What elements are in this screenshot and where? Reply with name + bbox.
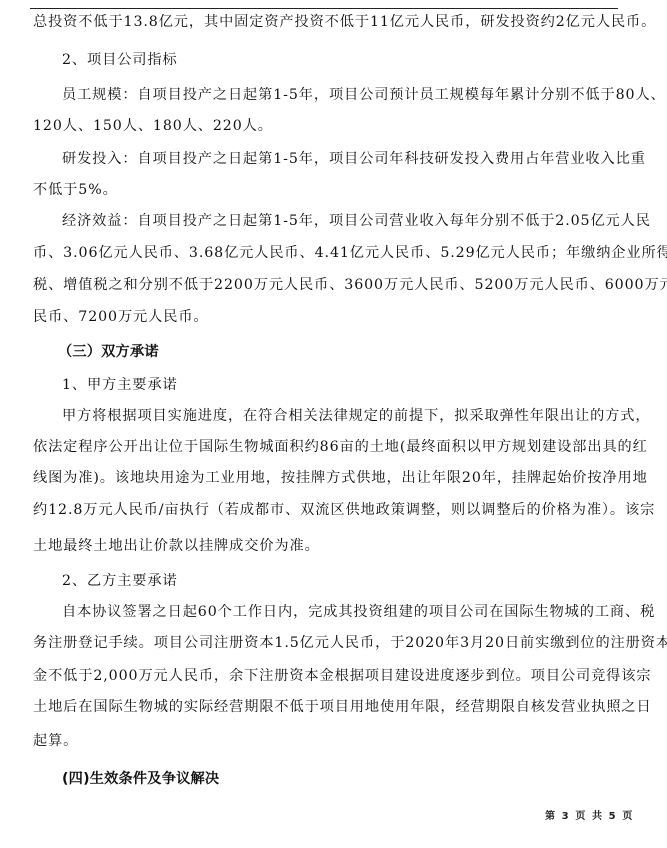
paragraph-rd-investment-line-1: 研发投入：自项目投产之日起第1-5年，项目公司年科技研发投入费用占年营业收入比重 [62,150,619,168]
paragraph-party-a-line-4: 约12.8万元人民币/亩执行（若成都市、双流区供地政策调整，则以调整后的价格为准… [33,501,619,519]
paragraph-investment-total-line-1: 总投资不低于13.8亿元，其中固定资产投资不低于11亿元人民币，研发投资约2亿元… [33,13,619,31]
paragraph-party-b-line-4: 土地后在国际生物城的实际经营期限不低于项目用地使用年限，经营期限自核发营业执照之… [33,698,619,716]
section-heading-effectiveness-and-disputes: (四)生效条件及争议解决 [62,770,219,788]
paragraph-party-b-line-5: 起算。 [33,732,619,750]
section-heading-mutual-commitments: （三）双方承诺 [58,343,159,361]
paragraph-economic-benefit-line-4: 民币、7200万元人民币。 [33,308,619,326]
paragraph-employee-scale-line-1: 员工规模：自项目投产之日起第1-5年，项目公司预计员工规模每年累计分别不低于80… [62,86,619,104]
header-rule [30,8,618,9]
subheading-project-company-indicators: 2、项目公司指标 [62,51,619,69]
paragraph-party-a-line-3: 线图为准)。该地块用途为工业用地，按挂牌方式供地，出让年限20年，挂牌起始价按净… [33,469,619,487]
paragraph-party-b-line-2: 务注册登记手续。项目公司注册资本1.5亿元人民币，于2020年3月20日前实缴到… [33,634,619,652]
paragraph-party-a-line-2: 依法定程序公开出让位于国际生物城面积约86亩的土地(最终面积以甲方规划建设部出具… [33,438,619,456]
paragraph-party-a-line-1: 甲方将根据项目实施进度，在符合相关法律规定的前提下，拟采取弹性年限出让的方式， [62,407,619,425]
paragraph-economic-benefit-line-3: 税、增值税之和分别不低于2200万元人民币、3600万元人民币、5200万元人民… [33,276,619,294]
paragraph-rd-investment-line-2: 不低于5%。 [33,181,619,199]
paragraph-party-b-line-3: 金不低于2,000万元人民币，余下注册资本金根据项目建设进度逐步到位。项目公司竞… [33,667,619,685]
document-page: 总投资不低于13.8亿元，其中固定资产投资不低于11亿元人民币，研发投资约2亿元… [0,0,667,848]
paragraph-employee-scale-line-2: 120人、150人、180人、220人。 [33,117,619,135]
paragraph-economic-benefit-line-1: 经济效益：自项目投产之日起第1-5年，项目公司营业收入每年分别不低于2.05亿元… [62,212,619,230]
page-number-footer: 第 3 页 共 5 页 [545,810,634,824]
paragraph-economic-benefit-line-2: 币、3.06亿元人民币、3.68亿元人民币、4.41亿元人民币、5.29亿元人民… [33,244,619,262]
paragraph-party-a-line-5: 土地最终土地出让价款以挂牌成交价为准。 [33,537,619,555]
subheading-party-b-commitments: 2、乙方主要承诺 [62,572,619,590]
paragraph-party-b-line-1: 自本协议签署之日起60个工作日内，完成其投资组建的项目公司在国际生物城的工商、税 [62,603,619,621]
subheading-party-a-commitments: 1、甲方主要承诺 [62,376,619,394]
